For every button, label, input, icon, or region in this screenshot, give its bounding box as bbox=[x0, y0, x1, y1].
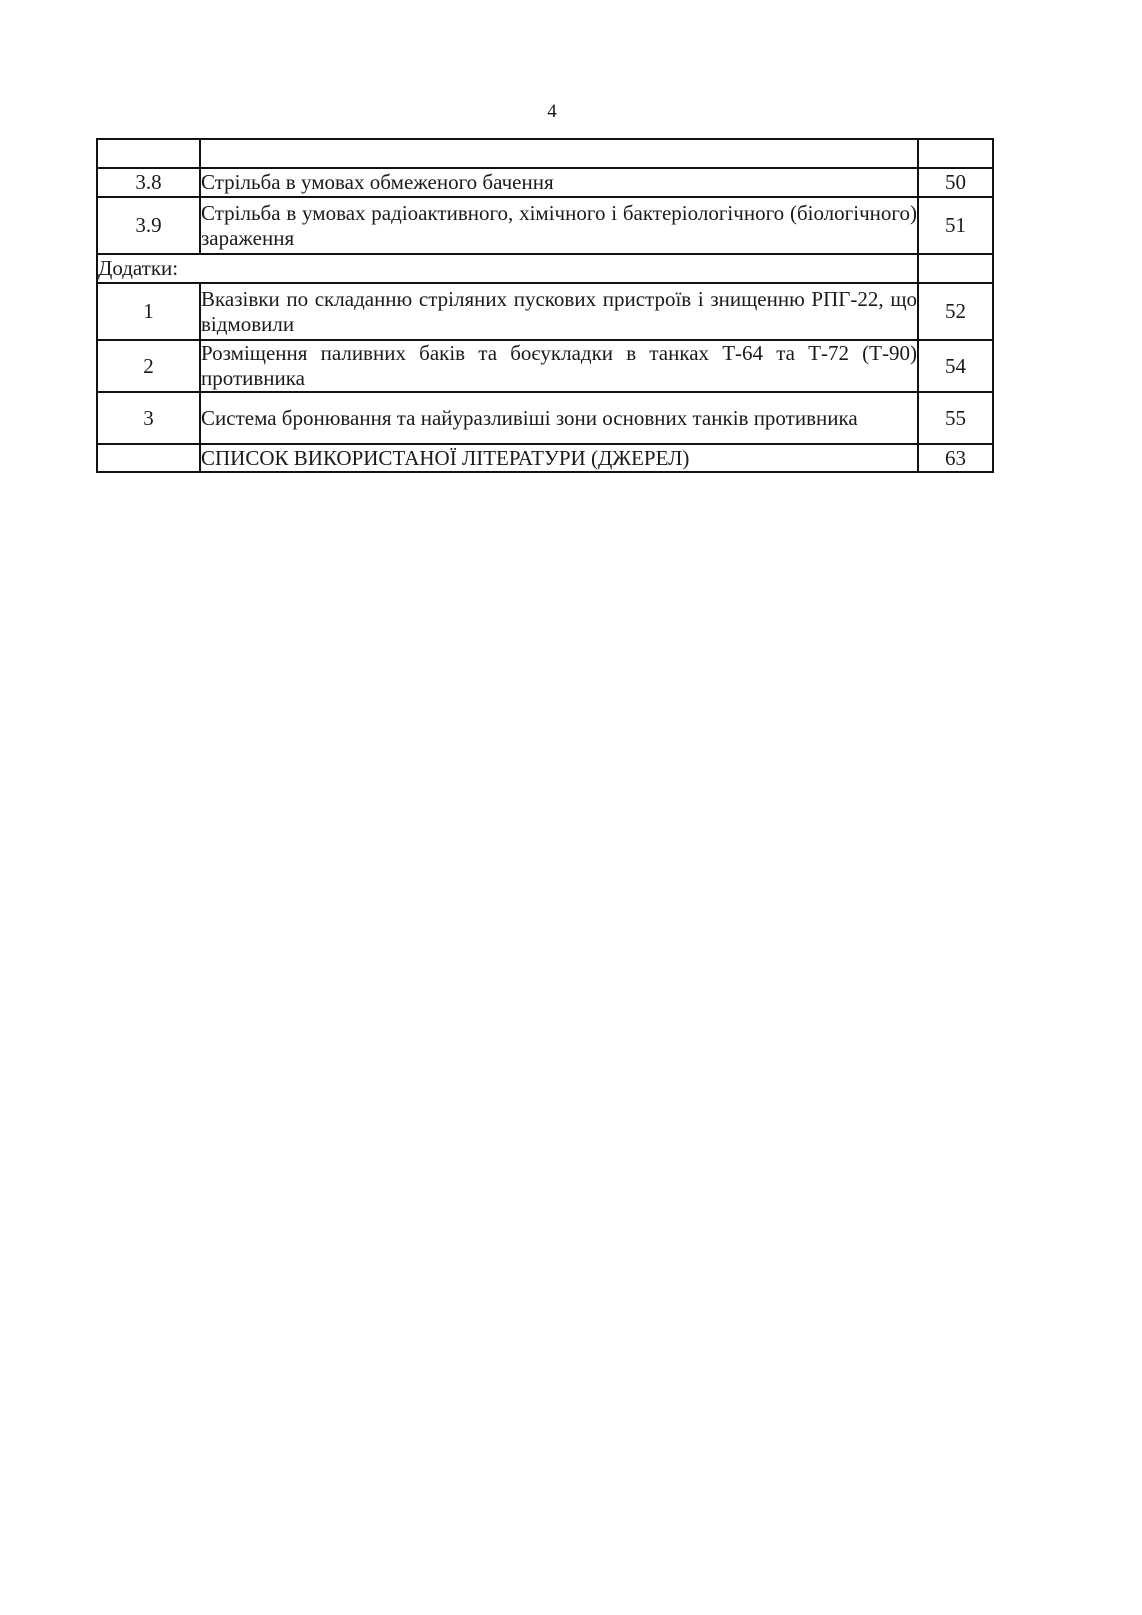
page-number: 4 bbox=[0, 100, 1104, 124]
table-row: 1 Вказівки по складанню стріляних пусков… bbox=[97, 283, 993, 340]
bibliography-number bbox=[97, 444, 200, 472]
section-page bbox=[918, 139, 993, 168]
section-number bbox=[97, 139, 200, 168]
appendix-number: 2 bbox=[97, 340, 200, 392]
section-page bbox=[918, 254, 993, 283]
appendix-number: 1 bbox=[97, 283, 200, 340]
appendix-label: Додатки: bbox=[97, 254, 918, 283]
table-row-appendix-label: Додатки: bbox=[97, 254, 993, 283]
table-row-continuation-header bbox=[97, 139, 993, 168]
table-row: 3.8 Стрільба в умовах обмеженого бачення… bbox=[97, 168, 993, 197]
section-number: 3.8 bbox=[97, 168, 200, 197]
bibliography-page: 63 bbox=[918, 444, 993, 472]
appendix-title: Розміщення паливних баків та боєукладки … bbox=[200, 340, 918, 392]
section-number: 3.9 bbox=[97, 197, 200, 254]
appendix-title: Вказівки по складанню стріляних пускових… bbox=[200, 283, 918, 340]
section-title: Стрільба в умовах радіоактивного, хімічн… bbox=[200, 197, 918, 254]
section-title: Стрільба в умовах обмеженого бачення bbox=[200, 168, 918, 197]
appendix-page: 52 bbox=[918, 283, 993, 340]
section-page: 50 bbox=[918, 168, 993, 197]
appendix-page: 55 bbox=[918, 392, 993, 444]
appendix-title: Система бронювання та найуразливіші зони… bbox=[200, 392, 918, 444]
section-title bbox=[200, 139, 918, 168]
bibliography-title: СПИСОК ВИКОРИСТАНОЇ ЛІТЕРАТУРИ (ДЖЕРЕЛ) bbox=[200, 444, 918, 472]
appendix-page: 54 bbox=[918, 340, 993, 392]
table-row: 3 Система бронювання та найуразливіші зо… bbox=[97, 392, 993, 444]
table-row-bibliography: СПИСОК ВИКОРИСТАНОЇ ЛІТЕРАТУРИ (ДЖЕРЕЛ) … bbox=[97, 444, 993, 472]
appendix-number: 3 bbox=[97, 392, 200, 444]
table-of-contents: 3.8 Стрільба в умовах обмеженого бачення… bbox=[96, 138, 994, 473]
table-row: 3.9 Стрільба в умовах радіоактивного, хі… bbox=[97, 197, 993, 254]
section-page: 51 bbox=[918, 197, 993, 254]
table-row: 2 Розміщення паливних баків та боєукладк… bbox=[97, 340, 993, 392]
